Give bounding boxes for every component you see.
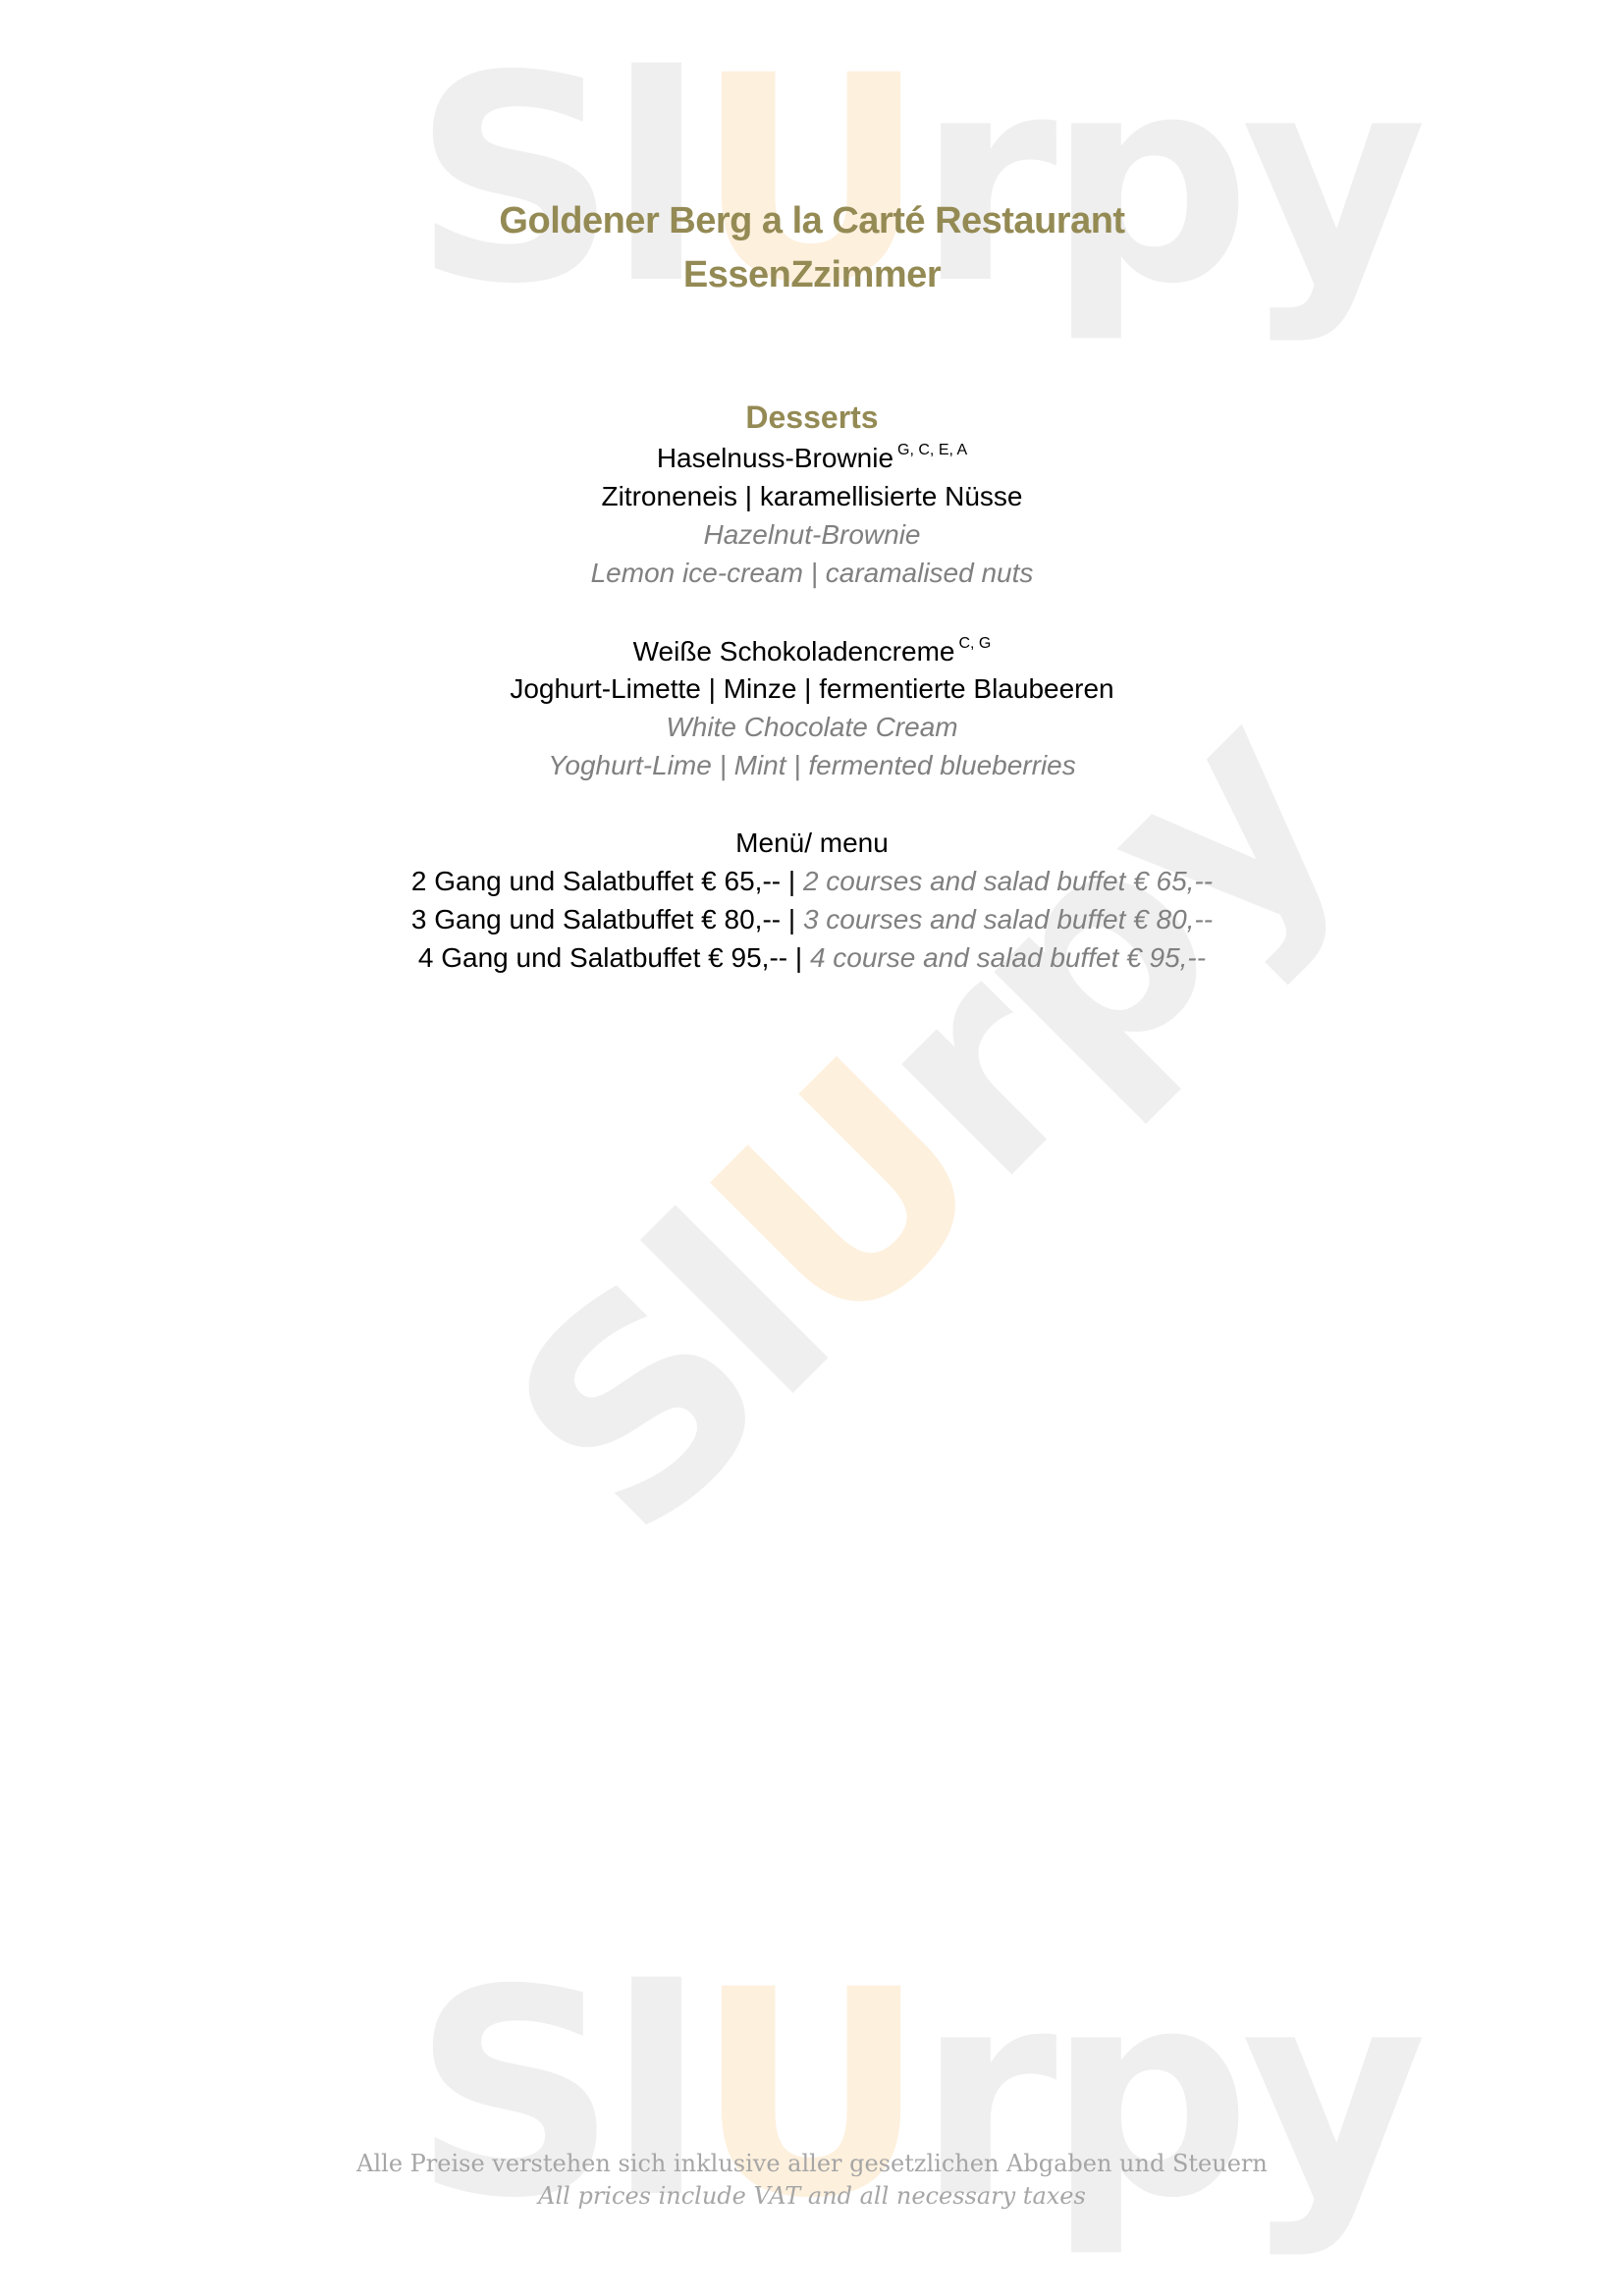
dish-name: Weiße Schokoladencreme — [633, 636, 955, 667]
restaurant-title: Goldener Berg a la Carté Restaurant — [0, 200, 1624, 242]
watermark-part: Sl — [412, 16, 695, 347]
menu-option-de: 2 Gang und Salatbuffet € 65,-- — [411, 866, 781, 896]
menu-option-en: 4 course and salad buffet € 95,-- — [810, 942, 1206, 973]
dessert-1-name-en: Hazelnut-Brownie — [0, 519, 1624, 551]
menu-option-2: 3 Gang und Salatbuffet € 80,-- | 3 cours… — [0, 904, 1624, 935]
watermark-part: Sl — [412, 1930, 695, 2261]
separator: | — [787, 942, 810, 973]
footer-note-de: Alle Preise verstehen sich inklusive all… — [0, 2150, 1624, 2177]
dessert-2-desc-de: Joghurt-Limette | Minze | fermentierte B… — [0, 673, 1624, 705]
menu-option-de: 4 Gang und Salatbuffet € 95,-- — [418, 942, 787, 973]
watermark-part: rpy — [917, 1930, 1418, 2261]
restaurant-subtitle: EssenZzimmer — [0, 254, 1624, 296]
allergen-codes: G, C, E, A — [897, 442, 967, 458]
menu-option-3: 4 Gang und Salatbuffet € 95,-- | 4 cours… — [0, 942, 1624, 974]
dessert-1-name-de: Haselnuss-BrownieG, C, E, A — [0, 442, 1624, 474]
dessert-2-name-en: White Chocolate Cream — [0, 712, 1624, 743]
allergen-codes: C, G — [958, 635, 991, 652]
menu-option-1: 2 Gang und Salatbuffet € 65,-- | 2 cours… — [0, 866, 1624, 897]
separator: | — [781, 904, 803, 934]
slurpy-watermark-middle: SlUrpy — [468, 668, 1380, 1580]
dessert-2-name-de: Weiße SchokoladencremeC, G — [0, 635, 1624, 667]
section-heading-desserts: Desserts — [0, 400, 1624, 436]
dessert-1-desc-de: Zitroneneis | karamellisierte Nüsse — [0, 481, 1624, 512]
dish-name: Haselnuss-Brownie — [657, 443, 893, 473]
footer-note-en: All prices include VAT and all necessary… — [0, 2182, 1624, 2210]
dessert-1-desc-en: Lemon ice-cream | caramalised nuts — [0, 558, 1624, 589]
separator: | — [781, 866, 803, 896]
menu-heading: Menü/ menu — [0, 828, 1624, 859]
menu-option-de: 3 Gang und Salatbuffet € 80,-- — [411, 904, 781, 934]
watermark-part: U — [695, 16, 916, 347]
menu-option-en: 2 courses and salad buffet € 65,-- — [803, 866, 1213, 896]
dessert-2-desc-en: Yoghurt-Lime | Mint | fermented blueberr… — [0, 750, 1624, 781]
watermark-part: U — [695, 1930, 916, 2261]
watermark-part: rpy — [917, 16, 1418, 347]
menu-option-en: 3 courses and salad buffet € 80,-- — [803, 904, 1213, 934]
